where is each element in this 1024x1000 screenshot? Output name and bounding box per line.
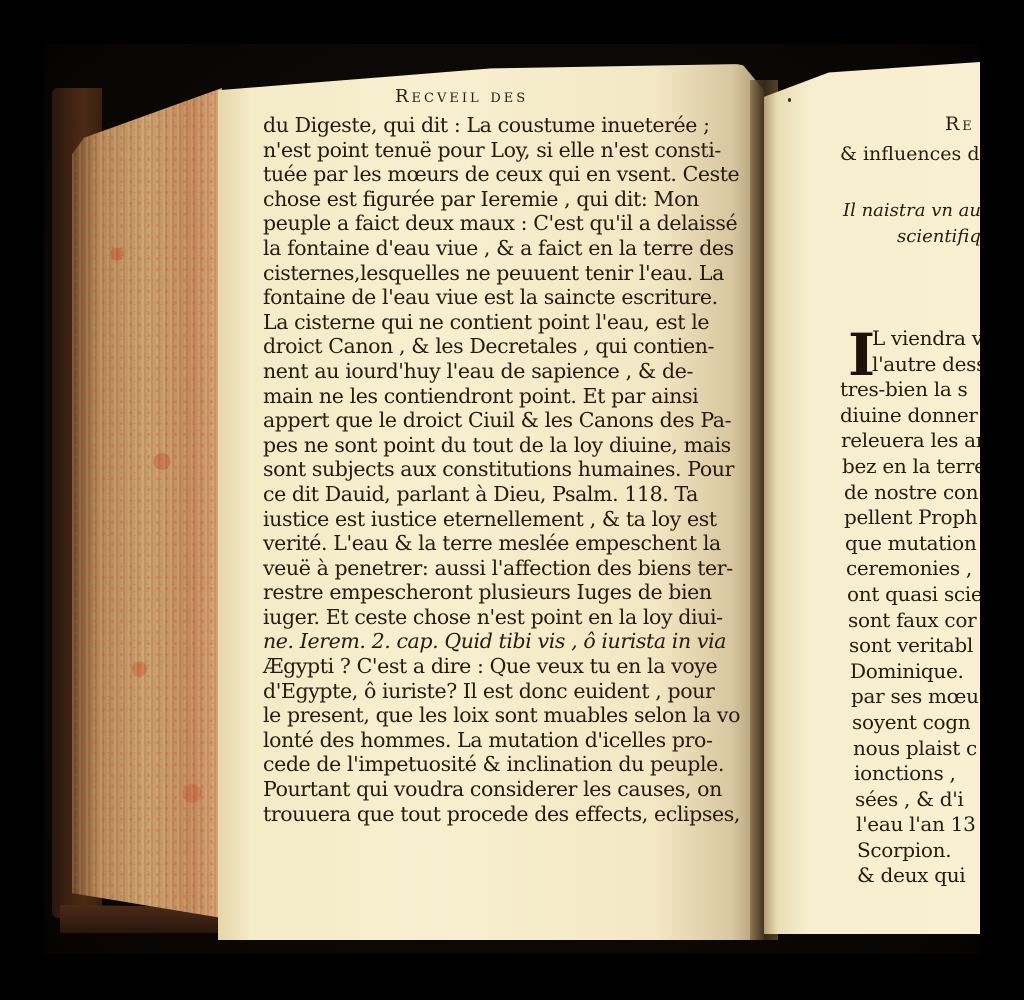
- text-line: peuple a faict deux maux : C'est qu'il a…: [263, 211, 693, 236]
- text-line: fontaine de l'eau viue est la saincte es…: [263, 285, 693, 310]
- text-line: par ses mœu: [851, 684, 1000, 710]
- text-line: pes ne sont point du tout de la loy diui…: [263, 433, 693, 458]
- text-line: nent au iourd'huy l'eau de sapience , & …: [263, 359, 693, 384]
- text-line: sont subjects aux constitutions humaines…: [263, 457, 693, 482]
- text-line: iustice est iustice eternellement , & ta…: [263, 507, 693, 532]
- text-line: n'est point tenuë pour Loy, si elle n'es…: [263, 138, 693, 163]
- text-line: pellent Proph: [844, 505, 1000, 531]
- text-line-latin: ne. Ierem. 2. cap. Quid tibi vis , ô iur…: [263, 629, 693, 654]
- text-line: ce dit Dauid, parlant à Dieu, Psalm. 118…: [263, 482, 693, 507]
- text-line: sont faux cor: [848, 608, 1000, 634]
- text-line: L viendra v: [860, 326, 1000, 352]
- text-line: nous plaist c: [853, 736, 1000, 762]
- text-line: veuë à penetrer: aussi l'affection des b…: [263, 556, 693, 581]
- text-line: trouuera que tout procede des effects, e…: [263, 802, 693, 827]
- text-line: ont quasi scie: [847, 582, 1000, 608]
- text-line: iuger. Et ceste chose n'est point en la …: [263, 605, 693, 630]
- text-line: du Digeste, qui dit : La coustume inuete…: [263, 113, 693, 138]
- text-line: tuée par les mœurs de ceux qui en vsent.…: [263, 162, 693, 187]
- section-title-line-2: scientifiqu: [897, 226, 992, 247]
- text-line: cede de l'impetuosité & inclination du p…: [263, 752, 693, 777]
- text-line: releuera les ar: [841, 428, 1000, 454]
- text-line: l'eau l'an 13: [856, 812, 1000, 838]
- right-running-head: Re: [945, 113, 975, 135]
- text-line: La cisterne qui ne contient point l'eau,…: [263, 310, 693, 335]
- left-page-text: du Digeste, qui dit : La coustume inuete…: [263, 113, 693, 826]
- text-line: Pourtant qui voudra considerer les cause…: [263, 777, 693, 802]
- text-line: lonté des hommes. La mutation d'icelles …: [263, 728, 693, 753]
- text-line: sont veritabl: [849, 633, 1000, 659]
- paper-spot: [788, 98, 791, 102]
- red-speckled-edge: [72, 88, 222, 918]
- text-line: bez en la terre: [842, 454, 1000, 480]
- text-line: chose est figurée par Ieremie , qui dit:…: [263, 187, 693, 212]
- right-page-text: L viendra v l'autre dessu tres-bien la s…: [860, 326, 1000, 889]
- text-line: tres-bien la s: [840, 377, 1000, 403]
- text-line: l'autre dessu: [860, 352, 1000, 378]
- text-line: que mutation: [845, 531, 1000, 557]
- text-line: Scorpion.: [857, 838, 1000, 864]
- section-title-line-1: Il naistra vn aut: [843, 200, 988, 221]
- left-running-head: Recveil des: [395, 86, 528, 107]
- text-line: restre empescheront plusieurs Iuges de b…: [263, 580, 693, 605]
- text-line: verité. L'eau & la terre meslée empesche…: [263, 531, 693, 556]
- text-line: la fontaine d'eau viue , & a faict en la…: [263, 236, 693, 261]
- text-line: droict Canon , & les Decretales , qui co…: [263, 334, 693, 359]
- right-black-margin: [980, 0, 1024, 1000]
- text-line: ceremonies ,: [846, 556, 1000, 582]
- text-line: main ne les contiendront point. Et par a…: [263, 384, 693, 409]
- text-line: appert que le droict Ciuil & les Canons …: [263, 408, 693, 433]
- text-line: ionctions ,: [854, 761, 1000, 787]
- text-line: Dominique.: [850, 659, 1000, 685]
- text-line: & deux qui: [857, 863, 1000, 889]
- photo-frame: Recveil des du Digeste, qui dit : La cou…: [0, 0, 1024, 1000]
- right-continuation-line: & influences de: [840, 143, 991, 165]
- text-line: diuine donner: [840, 403, 1000, 429]
- text-line: soyent cogn: [852, 710, 1000, 736]
- text-line: d'Egypte, ô iuriste? Il est donc euident…: [263, 679, 693, 704]
- text-line: de nostre con: [844, 480, 1000, 506]
- text-line: Ægypti ? C'est a dire : Que veux tu en l…: [263, 654, 693, 679]
- text-line: cisternes,lesquelles ne peuuent tenir l'…: [263, 261, 693, 286]
- text-line: le present, que les loix sont muables se…: [263, 703, 693, 728]
- text-line: sées , & d'i: [855, 787, 1000, 813]
